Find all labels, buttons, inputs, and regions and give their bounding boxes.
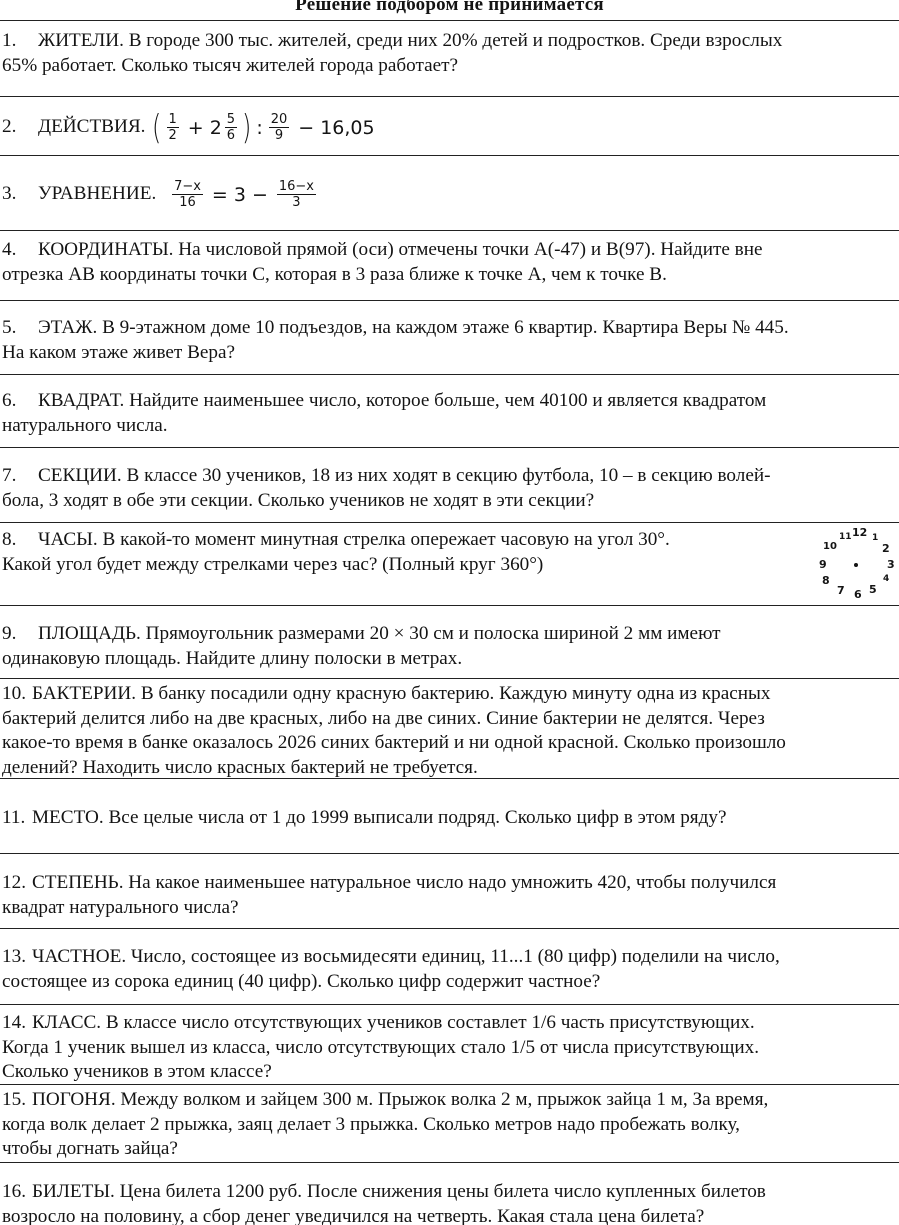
task-text: квадрат натурального числа?: [2, 896, 892, 921]
task-16: 16.БИЛЕТЫ. Цена билета 1200 руб. После с…: [2, 1180, 892, 1225]
task-number: 4.: [2, 238, 38, 263]
task-text: БАКТЕРИИ. В банку посадили одну красную …: [32, 683, 770, 704]
divider: [0, 1004, 899, 1005]
divider: [0, 522, 899, 523]
divider: [0, 20, 899, 21]
task-text: КЛАСС. В классе число отсутствующих учен…: [32, 1012, 755, 1033]
task-number: 1.: [2, 29, 38, 54]
task-text: ЧАСЫ. В какой-то момент минутная стрелка…: [38, 529, 670, 550]
task-text: отрезка АВ координаты точки С, которая в…: [2, 263, 892, 288]
task-text: ПЛОЩАДЬ. Прямоугольник размерами 20 × 30…: [38, 623, 721, 644]
task-text: Сколько учеников в этом классе?: [2, 1060, 892, 1085]
task-11: 11.МЕСТО. Все целые числа от 1 до 1999 в…: [2, 806, 892, 831]
task-number: 9.: [2, 622, 38, 647]
task-text: когда волк делает 2 прыжка, заяц делает …: [2, 1113, 892, 1138]
task-1: 1.ЖИТЕЛИ. В городе 300 тыс. жителей, сре…: [2, 29, 892, 78]
task-text: МЕСТО. Все целые числа от 1 до 1999 выпи…: [32, 807, 727, 828]
task-text: ЧАСТНОЕ. Число, состоящее из восьмидесят…: [32, 946, 780, 967]
task-15: 15.ПОГОНЯ. Между волком и зайцем 300 м. …: [2, 1088, 892, 1162]
math-equation: 7−x16 = 3 − 16−x3: [169, 173, 319, 217]
task-number: 6.: [2, 389, 38, 414]
task-number: 8.: [2, 528, 38, 553]
task-5: 5.ЭТАЖ. В 9-этажном доме 10 подъездов, н…: [2, 316, 892, 365]
divider: [0, 1162, 899, 1163]
task-text: СЕКЦИИ. В классе 30 учеников, 18 из них …: [38, 465, 771, 486]
task-8: 8.ЧАСЫ. В какой-то момент минутная стрел…: [2, 528, 892, 577]
math-expression: ( 12 + 2 56 ) : 209 − 16,05: [150, 109, 374, 147]
task-text: 65% работает. Сколько тысяч жителей горо…: [2, 54, 892, 79]
task-text: состоящее из сорока единиц (40 цифр). Ск…: [2, 970, 892, 995]
task-12: 12.СТЕПЕНЬ. На какое наименьшее натураль…: [2, 871, 892, 920]
task-4: 4.КООРДИНАТЫ. На числовой прямой (оси) о…: [2, 238, 892, 287]
task-7: 7.СЕКЦИИ. В классе 30 учеников, 18 из ни…: [2, 464, 892, 513]
task-text: Какой угол будет между стрелками через ч…: [2, 553, 892, 578]
task-text: делений? Находить число красных бактерий…: [2, 756, 892, 781]
task-number: 3.: [2, 172, 38, 216]
task-number: 7.: [2, 464, 38, 489]
divider: [0, 447, 899, 448]
task-text: ЖИТЕЛИ. В городе 300 тыс. жителей, среди…: [38, 30, 782, 51]
task-text: бола, 3 ходят в обе эти секции. Сколько …: [2, 489, 892, 514]
task-text: ЭТАЖ. В 9-этажном доме 10 подъездов, на …: [38, 317, 789, 338]
task-3: 3.УРАВНЕНИЕ. 7−x16 = 3 − 16−x3: [2, 172, 892, 217]
task-text: На каком этаже живет Вера?: [2, 341, 892, 366]
task-label: УРАВНЕНИЕ.: [38, 183, 156, 204]
task-6: 6.КВАДРАТ. Найдите наименьшее число, кот…: [2, 389, 892, 438]
task-text: натурального числа.: [2, 414, 892, 439]
task-text: одинаковую площадь. Найдите длину полоск…: [2, 647, 892, 672]
divider: [0, 374, 899, 375]
task-number: 15.: [2, 1088, 32, 1113]
task-number: 10.: [2, 682, 32, 707]
task-text: возросло на половину, а сбор денег уведи…: [2, 1205, 892, 1225]
task-9: 9.ПЛОЩАДЬ. Прямоугольник размерами 20 × …: [2, 622, 892, 671]
divider: [0, 300, 899, 301]
divider: [0, 230, 899, 231]
task-number: 5.: [2, 316, 38, 341]
task-text: СТЕПЕНЬ. На какое наименьшее натуральное…: [32, 872, 776, 893]
task-text: ПОГОНЯ. Между волком и зайцем 300 м. Пры…: [32, 1089, 768, 1110]
task-number: 14.: [2, 1011, 32, 1036]
task-text: КООРДИНАТЫ. На числовой прямой (оси) отм…: [38, 239, 763, 260]
task-text: БИЛЕТЫ. Цена билета 1200 руб. После сниж…: [32, 1181, 766, 1202]
task-number: 16.: [2, 1180, 32, 1205]
task-text: КВАДРАТ. Найдите наименьшее число, котор…: [38, 390, 766, 411]
divider: [0, 155, 899, 156]
divider: [0, 853, 899, 854]
task-label: ДЕЙСТВИЯ.: [38, 116, 145, 137]
task-text: какое-то время в банке оказалось 2026 си…: [2, 731, 892, 756]
task-number: 2.: [2, 108, 38, 146]
divider: [0, 605, 899, 606]
task-14: 14.КЛАСС. В классе число отсутствующих у…: [2, 1011, 892, 1085]
task-text: чтобы догнать зайца?: [2, 1137, 892, 1162]
task-2: 2.ДЕЙСТВИЯ. ( 12 + 2 56 ) : 209 − 16,05: [2, 108, 892, 147]
task-text: Когда 1 ученик вышел из класса, число от…: [2, 1036, 892, 1061]
page-title: Решение подбором не принимается: [0, 0, 899, 16]
divider: [0, 678, 899, 679]
task-10: 10.БАКТЕРИИ. В банку посадили одну красн…: [2, 682, 892, 780]
task-number: 13.: [2, 945, 32, 970]
task-number: 11.: [2, 806, 32, 831]
divider: [0, 928, 899, 929]
clock-center-dot: [854, 563, 858, 567]
clock-face-icon: 12 1 2 3 4 5 6 7 8 9 10 11: [812, 526, 898, 598]
divider: [0, 96, 899, 97]
task-text: бактерий делится либо на две красных, ли…: [2, 707, 892, 732]
task-13: 13.ЧАСТНОЕ. Число, состоящее из восьмиде…: [2, 945, 892, 994]
task-number: 12.: [2, 871, 32, 896]
